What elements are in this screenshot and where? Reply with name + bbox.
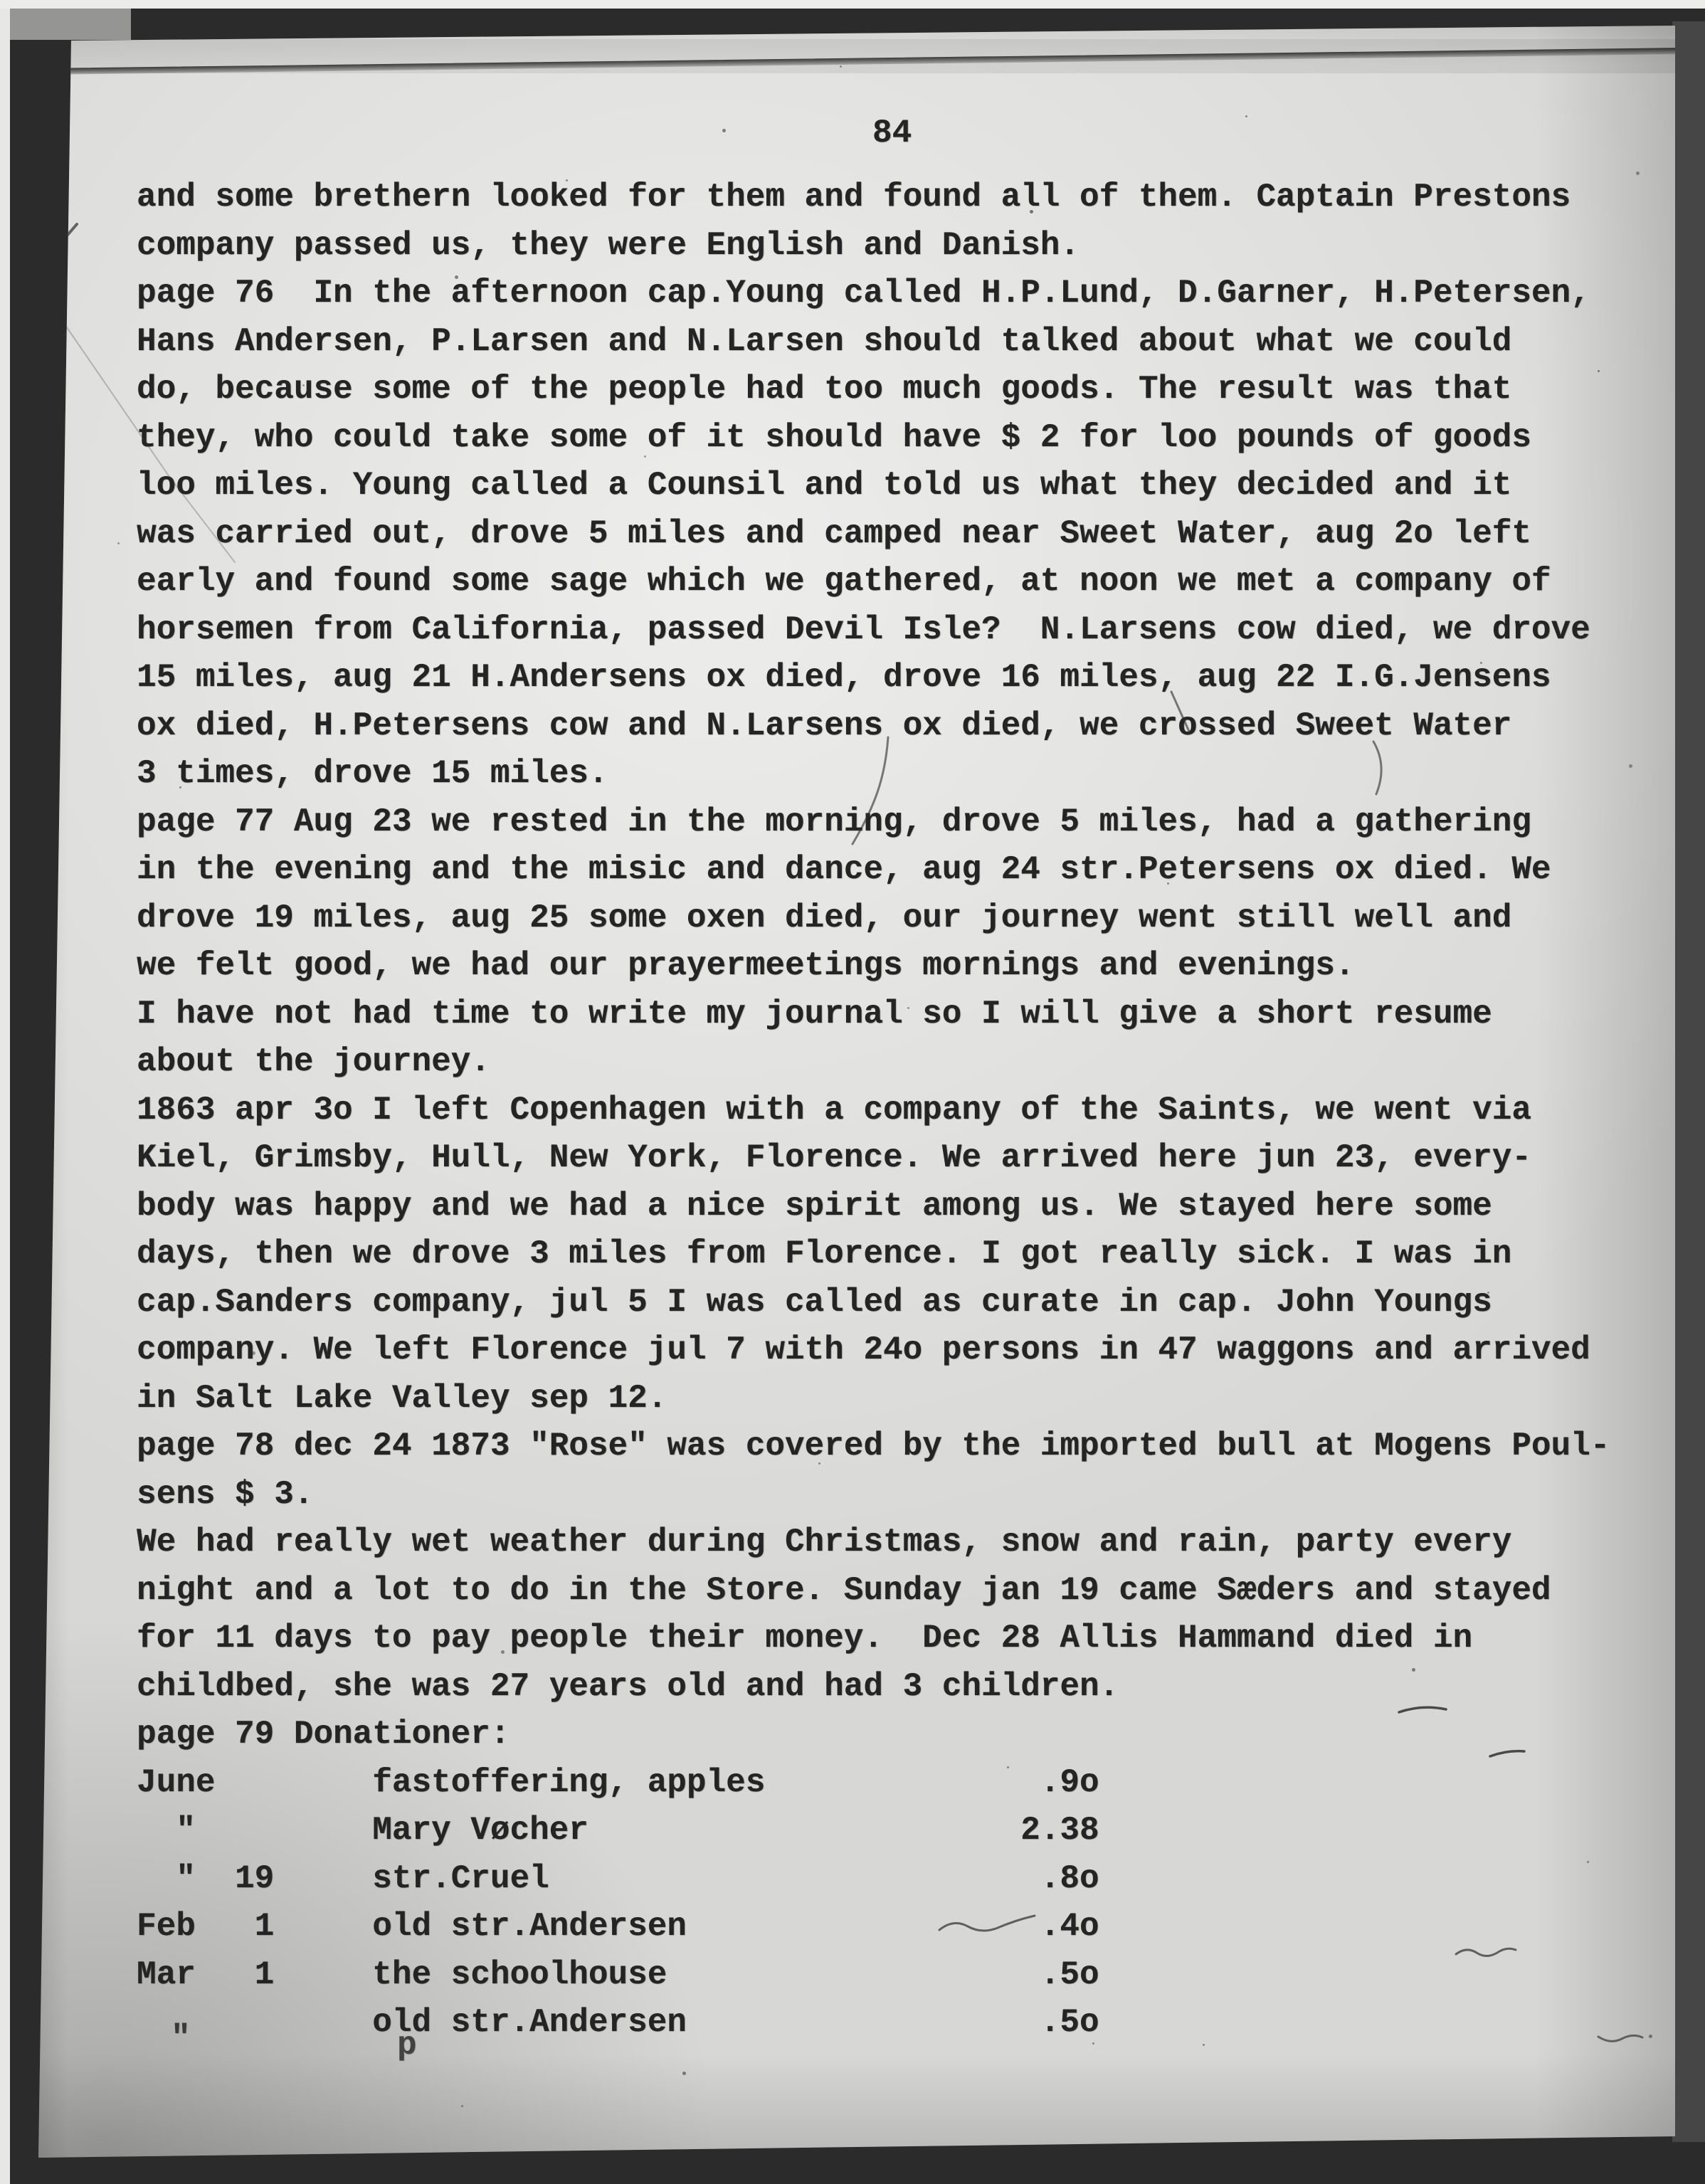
- text-line: we felt good, we had our prayermeetings …: [137, 942, 1610, 991]
- donation-amount: .4o: [1020, 1903, 1099, 1951]
- donation-month: ": [137, 1855, 235, 1904]
- donation-row: "19str.Cruel.8o: [137, 1855, 1610, 1904]
- donation-row: Mar 1the schoolhouse.5o: [137, 1951, 1610, 2000]
- text-line: company. We left Florence jul 7 with 24o…: [137, 1326, 1610, 1375]
- donation-amount: 2.38: [1020, 1807, 1099, 1855]
- text-line: and some brethern looked for them and fo…: [137, 174, 1610, 222]
- donation-month: ": [137, 1807, 235, 1855]
- donation-day: 1: [235, 1903, 274, 1951]
- text-line: Kiel, Grimsby, Hull, New York, Florence.…: [137, 1134, 1610, 1183]
- donation-description: the schoolhouse: [372, 1951, 1020, 2000]
- text-line: 15 miles, aug 21 H.Andersens ox died, dr…: [137, 654, 1610, 702]
- text-line: We had really wet weather during Christm…: [137, 1519, 1610, 1567]
- page-number: 84: [872, 117, 912, 149]
- donation-description: fastoffering, apples: [372, 1759, 1020, 1808]
- stray-typed-glyph: p: [397, 2027, 417, 2064]
- text-line: drove 19 miles, aug 25 some oxen died, o…: [137, 895, 1610, 943]
- donation-description: old str.Andersen: [372, 1903, 1020, 1951]
- donation-month: Mar: [137, 1951, 235, 2000]
- donation-amount: .5o: [1020, 1951, 1099, 2000]
- text-line: page 78 dec 24 1873 "Rose" was covered b…: [137, 1423, 1610, 1471]
- text-line: 1863 apr 3o I left Copenhagen with a com…: [137, 1087, 1610, 1135]
- donation-amount: .8o: [1020, 1855, 1099, 1904]
- text-line: night and a lot to do in the Store. Sund…: [137, 1567, 1610, 1615]
- text-line: horsemen from California, passed Devil I…: [137, 606, 1610, 655]
- text-line: page 76 In the afternoon cap.Young calle…: [137, 270, 1610, 318]
- text-line: cap.Sanders company, jul 5 I was called …: [137, 1279, 1610, 1327]
- donation-row: old str.Andersen.5o: [137, 1999, 1610, 2047]
- text-line: Hans Andersen, P.Larsen and N.Larsen sho…: [137, 318, 1610, 366]
- scan-right-shadow-band: [1672, 21, 1705, 2142]
- donation-description: Mary Vøcher: [372, 1807, 1020, 1855]
- text-line: days, then we drove 3 miles from Florenc…: [137, 1230, 1610, 1279]
- donation-row: Junefastoffering, apples.9o: [137, 1759, 1610, 1808]
- donation-row: Feb 1old str.Andersen.4o: [137, 1903, 1610, 1951]
- donation-month: Feb: [137, 1903, 235, 1951]
- scan-corner-artifact: [10, 9, 131, 40]
- text-line: early and found some sage which we gathe…: [137, 558, 1610, 606]
- stray-ditto-mark: ": [171, 2020, 191, 2057]
- text-line: in the evening and the misic and dance, …: [137, 846, 1610, 895]
- scanner-edge-strip-top: [0, 0, 1705, 9]
- donation-amount: .5o: [1020, 1999, 1099, 2047]
- donation-amount: .9o: [1020, 1759, 1099, 1808]
- text-line: page 77 Aug 23 we rested in the morning,…: [137, 798, 1610, 847]
- text-line: body was happy and we had a nice spirit …: [137, 1183, 1610, 1231]
- donation-day: [235, 1759, 274, 1808]
- text-line: was carried out, drove 5 miles and campe…: [137, 510, 1610, 559]
- typewritten-text-block: and some brethern looked for them and fo…: [137, 174, 1610, 2047]
- text-line: childbed, she was 27 years old and had 3…: [137, 1663, 1610, 1711]
- text-line: loo miles. Young called a Counsil and to…: [137, 462, 1610, 510]
- text-line: do, because some of the people had too m…: [137, 366, 1610, 414]
- donation-description: old str.Andersen: [372, 1999, 1020, 2047]
- donation-day: 1: [235, 1951, 274, 2000]
- scanned-document-photo: 84 and some brethern looked for them and…: [0, 0, 1705, 2184]
- document-page: 84 and some brethern looked for them and…: [0, 0, 1705, 2184]
- donation-description: str.Cruel: [372, 1855, 1020, 1904]
- text-line: ox died, H.Petersens cow and N.Larsens o…: [137, 702, 1610, 751]
- donation-month: June: [137, 1759, 235, 1808]
- text-line: 3 times, drove 15 miles.: [137, 750, 1610, 798]
- donation-day: [235, 1807, 274, 1855]
- text-line: company passed us, they were English and…: [137, 222, 1610, 270]
- text-line: sens $ 3.: [137, 1471, 1610, 1519]
- scanner-edge-strip-left: [0, 0, 10, 2184]
- donation-day: 19: [235, 1855, 274, 1904]
- text-line: for 11 days to pay people their money. D…: [137, 1615, 1610, 1663]
- donation-day: [235, 1999, 274, 2047]
- text-line: about the journey.: [137, 1038, 1610, 1087]
- text-line: I have not had time to write my journal …: [137, 991, 1610, 1039]
- text-line: they, who could take some of it should h…: [137, 414, 1610, 463]
- text-line: page 79 Donationer:: [137, 1711, 1610, 1759]
- donation-row: "Mary Vøcher2.38: [137, 1807, 1610, 1855]
- text-line: in Salt Lake Valley sep 12.: [137, 1375, 1610, 1423]
